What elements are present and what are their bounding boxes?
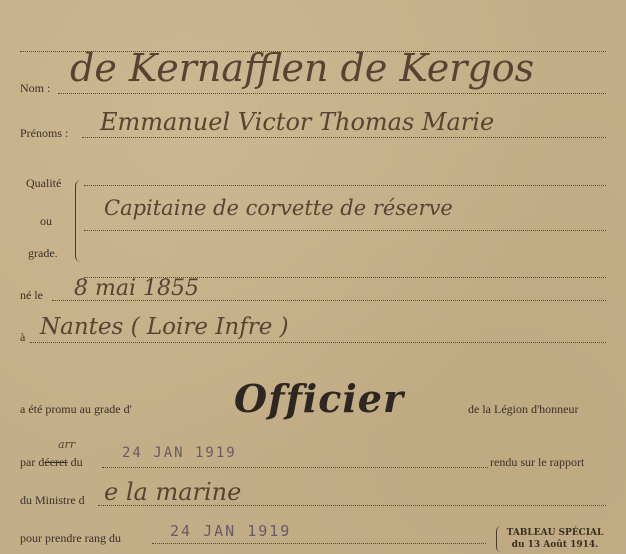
nom-label: Nom : [20, 81, 50, 96]
ministre-label: du Ministre d [20, 493, 85, 508]
ministre-value: e la marine [104, 478, 241, 506]
lieu-rule [30, 342, 606, 343]
promotion-prefix: a été promu au grade d' [20, 402, 132, 417]
ou-label: ou [40, 214, 52, 229]
tableau-line-1: TABLEAU SPÉCIAL [503, 527, 607, 539]
decret-label: par décret du [20, 455, 83, 470]
tableau-line-2: du 13 Août 1914. [503, 539, 607, 551]
ne-le-label: né le [20, 288, 43, 303]
lieu-label: à [20, 330, 25, 345]
grade-label: grade. [28, 246, 58, 261]
rang-label: pour prendre rang du [20, 531, 121, 546]
rang-date-stamp: 24 JAN 1919 [170, 522, 291, 540]
qualite-rule-2 [84, 230, 606, 231]
qualite-value: Capitaine de corvette de réserve [104, 196, 453, 220]
record-card: Nom : de Kernafflen de Kergos Prénoms : … [0, 0, 626, 554]
tableau-brace [496, 526, 501, 552]
rang-rule [152, 543, 486, 544]
grade-title: Officier [234, 376, 404, 421]
decret-correction: arr [58, 438, 75, 451]
nom-rule [58, 93, 606, 94]
qualite-brace [75, 180, 82, 262]
decret-par: par d [20, 455, 44, 469]
qualite-label: Qualité [26, 176, 61, 191]
decret-suffix: rendu sur le rapport [490, 455, 584, 470]
prenoms-label: Prénoms : [20, 126, 68, 141]
decret-rule [102, 467, 488, 468]
birth-date-value: 8 mai 1855 [74, 276, 199, 301]
prenoms-value: Emmanuel Victor Thomas Marie [100, 108, 494, 136]
decret-date-stamp: 24 JAN 1919 [122, 445, 237, 461]
birth-place-value: Nantes ( Loire Infre ) [40, 314, 289, 340]
decret-struck: écret [44, 455, 67, 469]
nom-value: de Kernafflen de Kergos [70, 46, 534, 90]
qualite-rule-1 [84, 185, 606, 186]
promotion-suffix: de la Légion d'honneur [468, 402, 578, 417]
prenoms-rule [82, 137, 606, 138]
tableau-special: TABLEAU SPÉCIAL du 13 Août 1914. [503, 527, 607, 551]
decret-du: du [71, 455, 83, 469]
